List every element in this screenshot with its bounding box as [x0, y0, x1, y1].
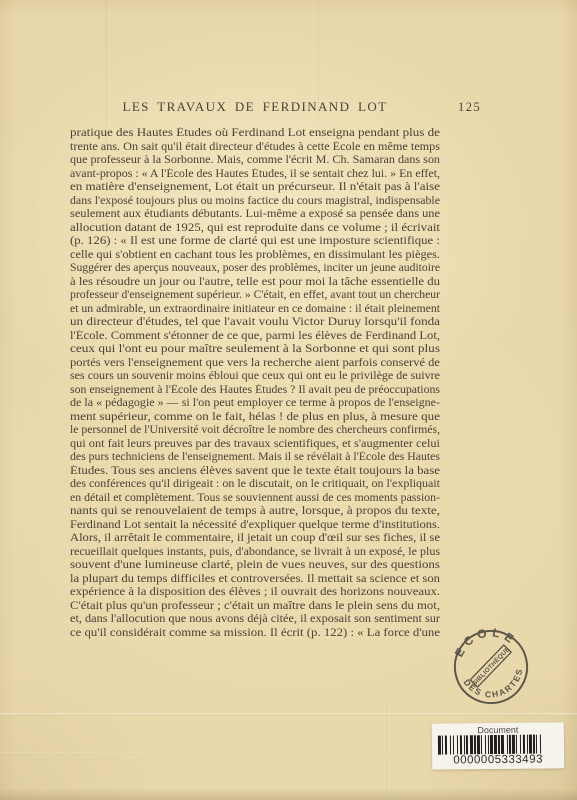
barcode-icon [438, 734, 558, 754]
text-line: Alors, il arrêtait le commentaire, il je… [70, 532, 440, 546]
text-line: nants qui se renouvelaient de temps à au… [70, 505, 440, 519]
barcode-number: 0000005333493 [432, 753, 564, 767]
text-line: et, dans l'allocution que nous avons déj… [70, 613, 440, 627]
stamp-top-text: ECOLE [448, 619, 522, 662]
text-line: et un admirable, un extraordinaire initi… [70, 303, 440, 317]
text-line: que professeur à la Sorbonne. Mais, comm… [70, 154, 440, 168]
text-line: C'était plus qu'un professeur ; c'était … [70, 600, 440, 614]
text-line: qui ont fait leurs preuves par des trava… [70, 438, 440, 452]
text-line: professeur d'enseignement supérieur. » C… [70, 289, 440, 303]
library-stamp: ECOLE BIBLIOTHÈQUE DES CHARTES [442, 618, 540, 716]
text-line: la plupart du temps difficiles et contro… [70, 573, 440, 587]
text-line: Suggérer des aperçus nouveaux, poser des… [70, 262, 440, 276]
paper-crease-horizontal [0, 713, 577, 716]
text-line: l'École. Comment s'étonner de ce que, pa… [70, 330, 440, 344]
stamp-middle-text: BIBLIOTHÈQUE [470, 644, 512, 687]
stamp-middle-box: BIBLIOTHÈQUE [469, 644, 512, 688]
text-line: Ferdinand Lot sentait la nécessité d'exp… [70, 519, 440, 533]
text-line: (p. 126) : « Il est une forme de clarté … [70, 235, 440, 249]
text-line: en détail et complètement. Tous se souvi… [70, 492, 440, 506]
text-line: expérience à la disposition des élèves ;… [70, 586, 440, 600]
text-line: allocution datant de 1925, qui est repro… [70, 222, 440, 236]
running-title: LES TRAVAUX DE FERDINAND LOT [70, 99, 440, 115]
scanned-page: LES TRAVAUX DE FERDINAND LOT 125 pratiqu… [0, 0, 577, 800]
paper-crease-horizontal [0, 752, 400, 754]
text-line: dans l'exposé toujours plus ou moins fac… [70, 195, 440, 209]
text-line: son enseignement à l'École des Hautes Ét… [70, 384, 440, 398]
paper-crease-vertical [386, 695, 388, 800]
text-line: trente ans. On sait qu'il était directeu… [70, 141, 440, 155]
text-line: seulement aux étudiants débutants. Lui-m… [70, 208, 440, 222]
text-line: en matière d'enseignement, Lot était un … [70, 181, 440, 195]
text-line: ment supérieur, comme on le fait, hélas … [70, 411, 440, 425]
text-line: de la « pédagogie » — si l'on peut emplo… [70, 397, 440, 411]
text-line: celle qui s'obtient en cachant tous les … [70, 249, 440, 263]
text-line: un directeur d'études, tel que l'avait v… [70, 316, 440, 330]
text-line: ceux qui l'ont eu pour maître seulement … [70, 343, 440, 357]
barcode-sticker: Document 0000005333493 [432, 722, 564, 769]
paper-crease-vertical [34, 0, 36, 800]
stamp-bottom-text: DES CHARTES [461, 665, 530, 706]
text-line: Études. Tous ses anciens élèves savent q… [70, 465, 440, 479]
text-line: à les résoudre un jour ou l'autre, telle… [70, 276, 440, 290]
page-number: 125 [458, 100, 481, 115]
text-line: des purs techniciens de l'enseignement. … [70, 451, 440, 465]
text-line: le personnel de l'Université voit décroî… [70, 424, 440, 438]
text-line: avant-propos : « A l'École des Hautes Ét… [70, 168, 440, 182]
text-line: pratique des Hautes Études où Ferdinand … [70, 127, 440, 141]
text-line: portés vers l'enseignement que vers la r… [70, 357, 440, 371]
text-line: souvent d'une lumineuse clarté, plein de… [70, 559, 440, 573]
text-line: ses cours un souvenir moins ébloui que c… [70, 370, 440, 384]
text-line: recueillait quelques instants, puis, d'a… [70, 546, 440, 560]
body-text: pratique des Hautes Études où Ferdinand … [70, 127, 440, 640]
text-line: ce qu'il considérait comme sa mission. I… [70, 627, 440, 641]
text-line: des conférences qu'il dirigeait : on le … [70, 478, 440, 492]
